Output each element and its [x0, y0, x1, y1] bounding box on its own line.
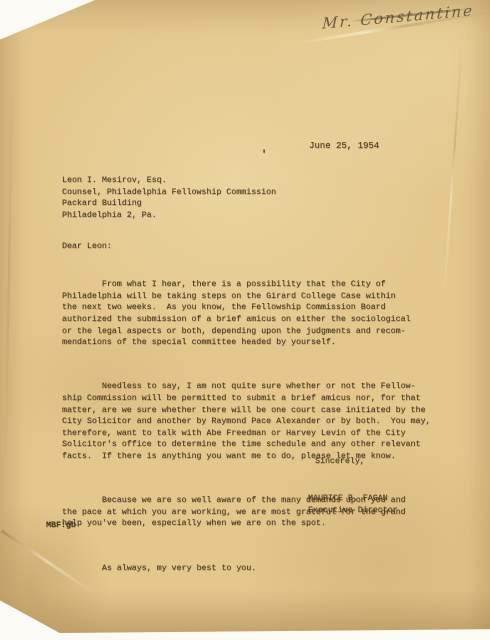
paragraph-1: From what I hear, there is a possibility…	[62, 279, 444, 349]
signature-block: MAURICE B. FAGAN Executive Director	[308, 493, 398, 516]
paragraph-2: Needless to say, I am not quite sure whe…	[62, 381, 444, 462]
valediction: Sincerely,	[315, 456, 365, 468]
letter-body: From what I hear, there is a possibility…	[62, 256, 444, 607]
recipient-address-block: Leon I. Mesirov, Esq. Counsel, Philadelp…	[62, 175, 276, 221]
letter-date: June 25, 1954	[309, 141, 379, 153]
closing-line: As always, my very best to you.	[62, 563, 444, 575]
scanned-letter-photo: Mr. Constantine June 25, 1954 ' Leon I. …	[0, 0, 490, 640]
salutation: Dear Leon:	[62, 241, 112, 253]
reference-initials: MBF:gb	[46, 520, 76, 532]
stray-typed-mark: '	[261, 150, 267, 162]
